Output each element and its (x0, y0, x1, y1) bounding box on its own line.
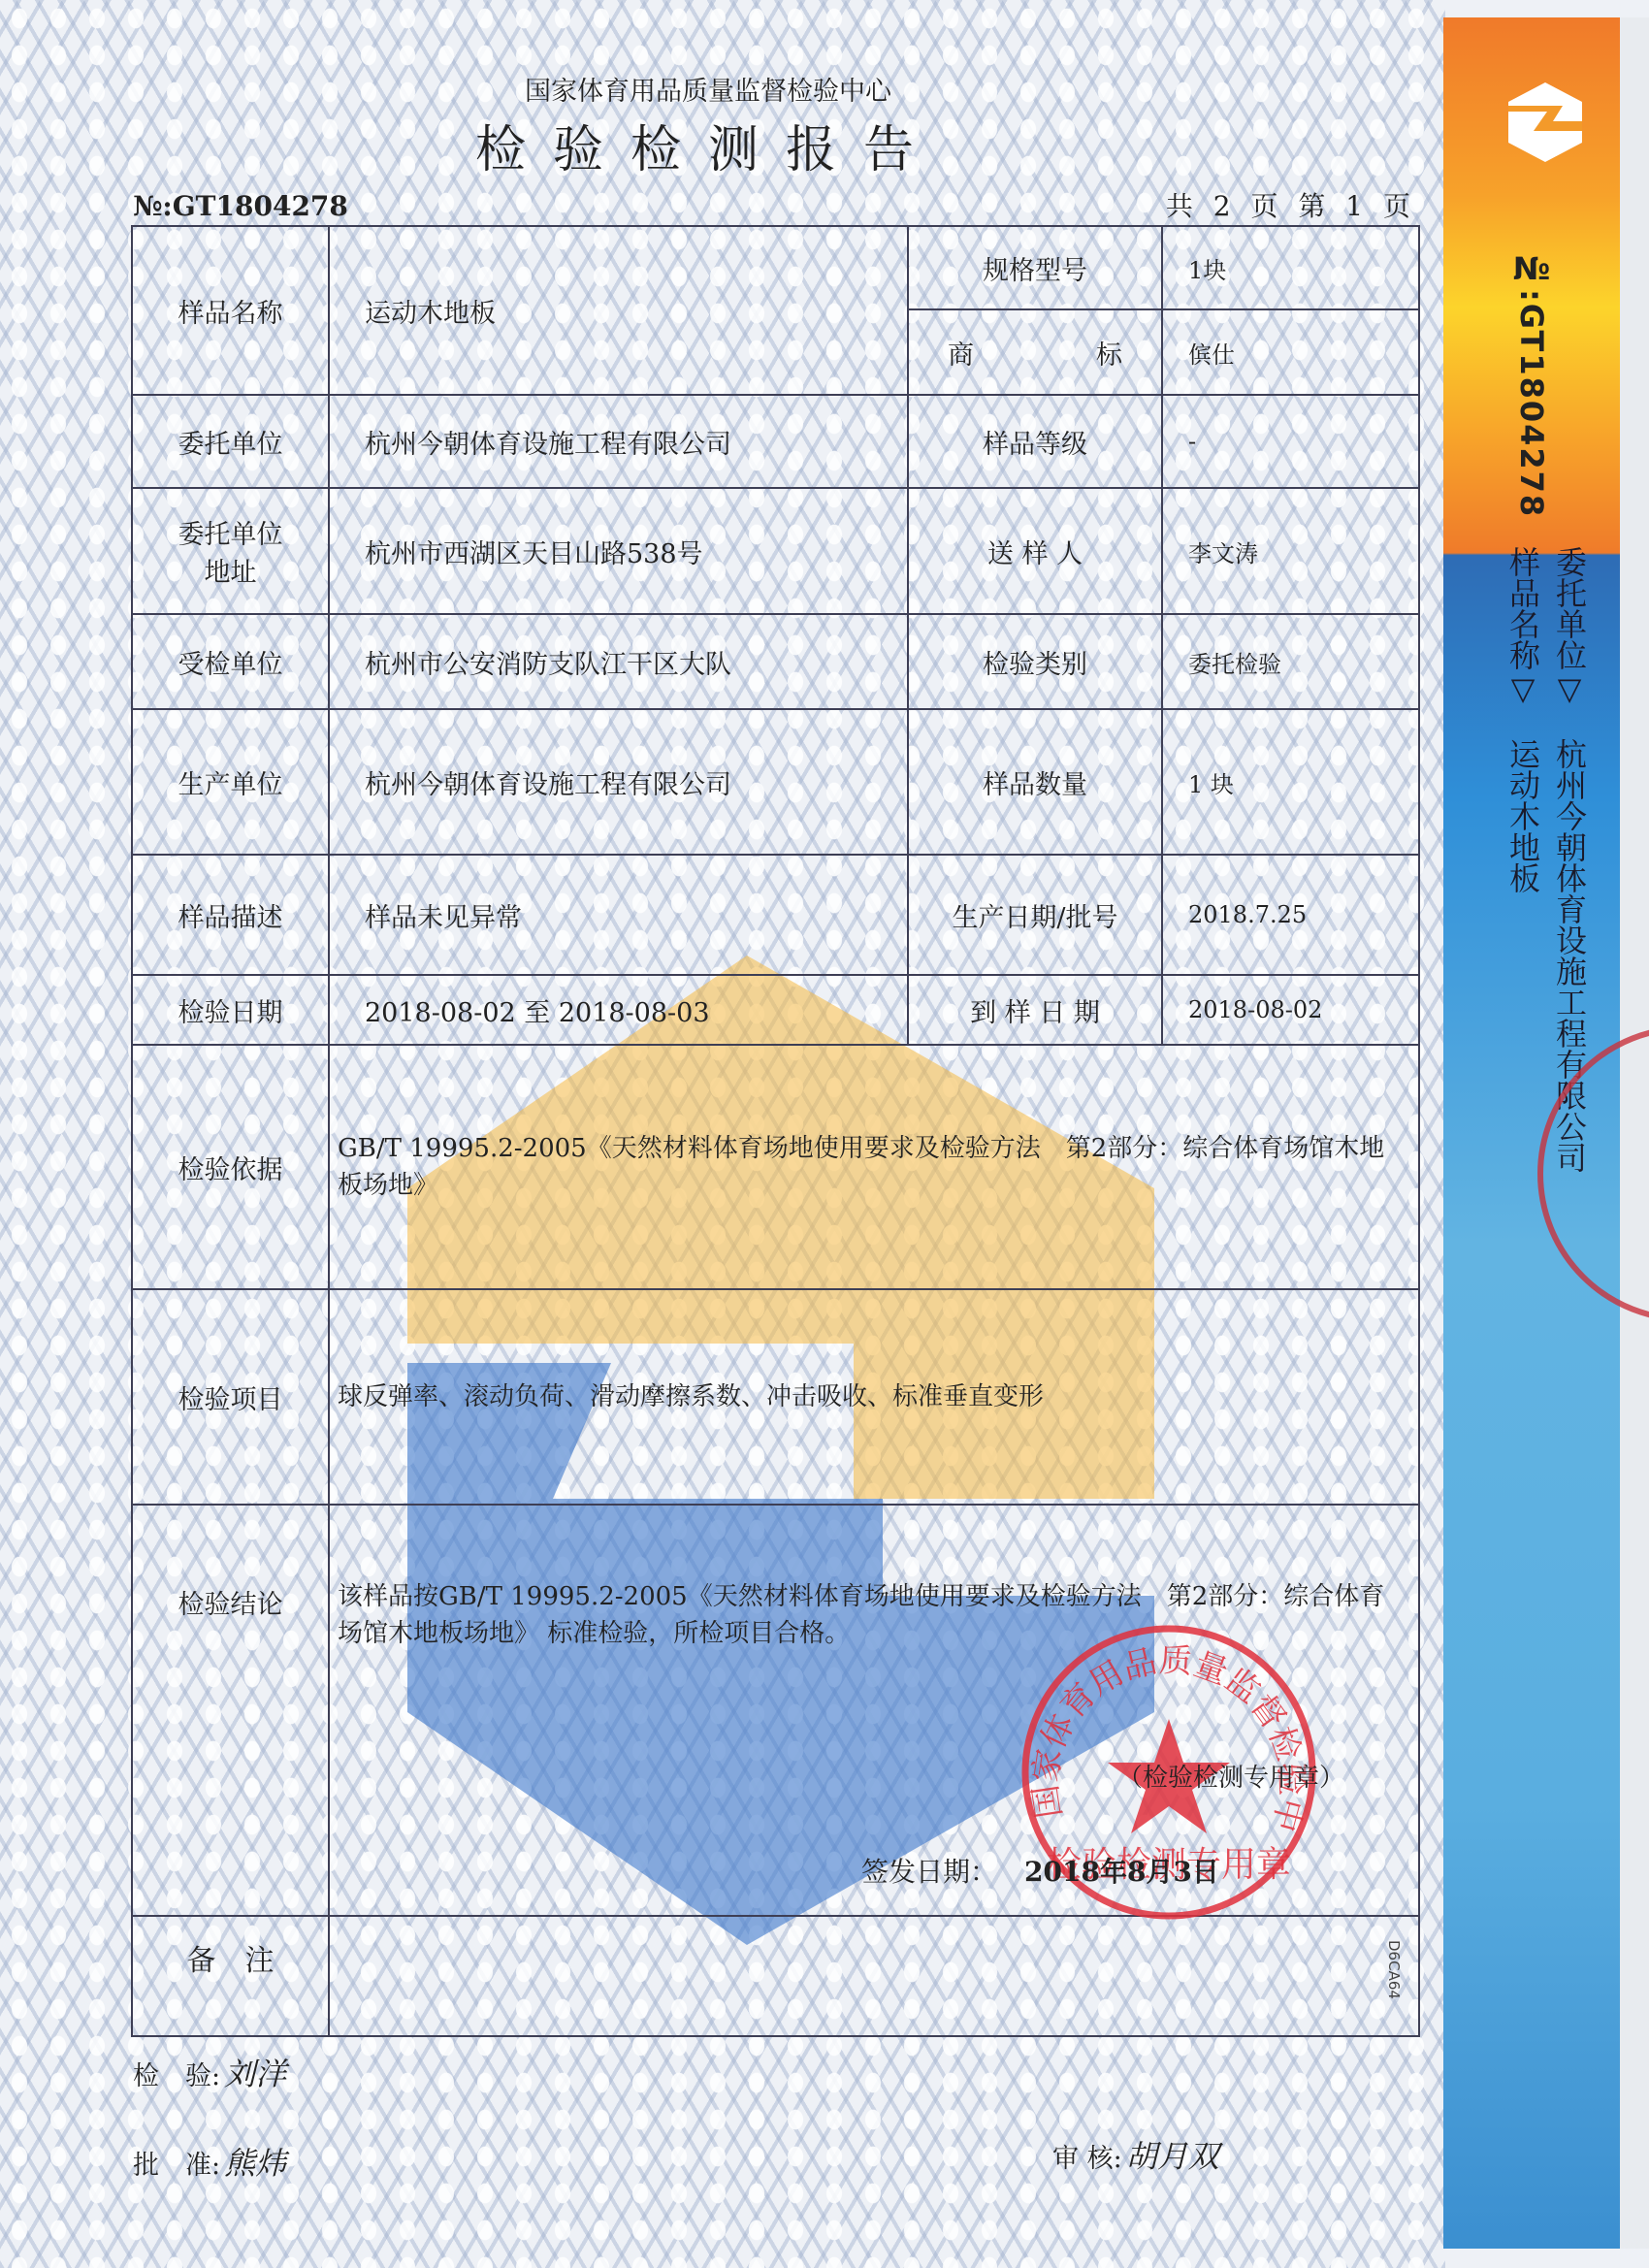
value-basis: GB/T 19995.2-2005《天然材料体育场地使用要求及检验方法 第2部分… (329, 1045, 1419, 1289)
inspector-signature: 检 验:刘洋 (133, 2050, 286, 2094)
value-inspection-date: 2018-08-02 至 2018-08-03 (329, 975, 908, 1045)
value-inspected-unit: 杭州市公安消防支队江干区大队 (329, 614, 908, 709)
side-band: №:GT1804278 委托单位▽ 杭州今朝体育设施工程有限公司 样品名称▽ 运… (1443, 17, 1620, 2249)
label-basis: 检验依据 (132, 1045, 329, 1289)
label-arrival-date: 到 样 日 期 (908, 975, 1162, 1045)
band-edge (1620, 17, 1649, 2249)
value-production-date: 2018.7.25 (1162, 855, 1419, 975)
label-sample-grade: 样品等级 (908, 395, 1162, 488)
label-inspection-date: 检验日期 (132, 975, 329, 1045)
approver-label: 批 准: (133, 2151, 220, 2181)
value-remarks (329, 1916, 1419, 2036)
value-items: 球反弹率、滚动负荷、滑动摩擦系数、冲击吸收、标准垂直变形 (329, 1289, 1419, 1505)
value-sample-name: 运动木地板 (329, 226, 908, 395)
value-client: 杭州今朝体育设施工程有限公司 (329, 395, 908, 488)
label-production-date: 生产日期/批号 (908, 855, 1162, 975)
label-manufacturer: 生产单位 (132, 709, 329, 855)
page-info: 共 2 页 第 1 页 (1166, 185, 1416, 224)
report-number: №:GT1804278 (133, 190, 348, 222)
label-inspection-type: 检验类别 (908, 614, 1162, 709)
value-sender: 李文涛 (1162, 488, 1419, 614)
label-sample-description: 样品描述 (132, 855, 329, 975)
value-trademark: 傧仕 (1162, 309, 1419, 395)
issue-date-line: 签发日期：2018年8月3日 (861, 1851, 1219, 1890)
serial-code: D6CA64 (1385, 1940, 1403, 1999)
label-sample-name: 样品名称 (132, 226, 329, 395)
label-conclusion: 检验结论 (132, 1505, 329, 1916)
value-arrival-date: 2018-08-02 (1162, 975, 1419, 1045)
value-sample-grade: - (1162, 395, 1419, 488)
stamp-note: （检验检测专用章） (1117, 1758, 1344, 1794)
label-items: 检验项目 (132, 1289, 329, 1505)
value-spec-model: 1块 (1162, 226, 1419, 309)
label-sample-quantity: 样品数量 (908, 709, 1162, 855)
band-sample-name: 样品名称▽ 运动木地板 (1503, 546, 1542, 893)
value-manufacturer: 杭州今朝体育设施工程有限公司 (329, 709, 908, 855)
label-sender: 送 样 人 (908, 488, 1162, 614)
reviewer-label: 审 核: (1052, 2144, 1122, 2174)
label-spec-model: 规格型号 (908, 226, 1162, 309)
label-trademark: 商标 (908, 309, 1162, 395)
inspector-name: 刘洋 (224, 2056, 286, 2092)
value-sample-quantity: 1 块 (1162, 709, 1419, 855)
band-client: 委托单位▽ 杭州今朝体育设施工程有限公司 (1550, 546, 1589, 1173)
label-remarks: 备 注 (132, 1916, 329, 2036)
band-logo-icon (1504, 81, 1586, 164)
report-title: 检验检测报告 (0, 109, 1416, 181)
organization-name: 国家体育用品质量监督检验中心 (0, 70, 1416, 108)
label-trademark-left: 商 (948, 334, 974, 372)
reviewer-signature: 审 核:胡月双 (1052, 2132, 1219, 2177)
inspector-label: 检 验: (133, 2061, 220, 2091)
issue-date-label: 签发日期： (861, 1856, 997, 1888)
issue-date-value: 2018年8月3日 (1024, 1856, 1219, 1888)
value-inspection-type: 委托检验 (1162, 614, 1419, 709)
approver-name: 熊炜 (224, 2145, 286, 2182)
label-client-address: 委托单位地址 (132, 488, 329, 614)
approver-signature: 批 准:熊炜 (133, 2139, 286, 2184)
band-report-no: №:GT1804278 (1513, 250, 1550, 518)
label-client-address-line1: 委托单位 (133, 513, 328, 551)
label-inspected-unit: 受检单位 (132, 614, 329, 709)
label-client-address-line2: 地址 (133, 551, 328, 589)
reviewer-name: 胡月双 (1126, 2138, 1219, 2175)
value-client-address: 杭州市西湖区天目山路538号 (329, 488, 908, 614)
label-trademark-right: 标 (1096, 334, 1122, 372)
value-sample-description: 样品未见异常 (329, 855, 908, 975)
label-client: 委托单位 (132, 395, 329, 488)
